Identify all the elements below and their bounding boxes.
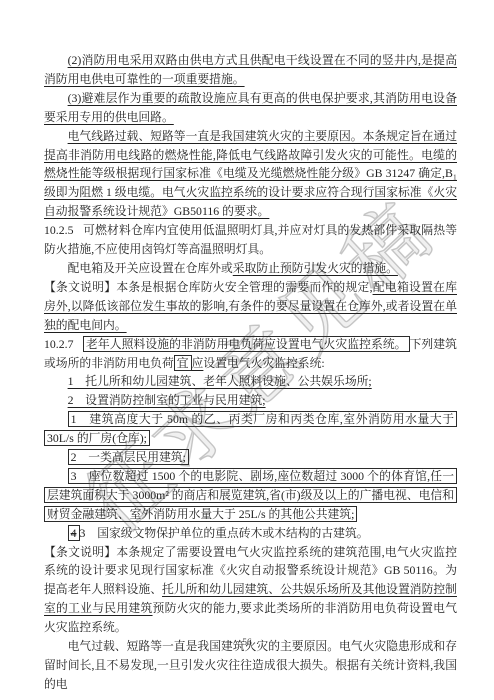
- paragraph-clause-note-10-2-5: 【条文说明】本条是根据仓库防火安全管理的需要而作的规定,配电箱设置在库房外,以降…: [44, 278, 457, 335]
- list-text: 国家级文物保护单位的重点砖木或木结构的古建筑。: [85, 526, 368, 540]
- deleted-list-item-2: 2 一类高层民用建筑;: [44, 448, 457, 467]
- revision-underline-text: 2 设置消防控制室的工业与民用建筑;: [68, 393, 266, 407]
- plain-text: 设置电气火灾监控系统:: [203, 356, 324, 370]
- boxed-revision-text: 老年人照料设施的非消防用电负荷应设置电气火灾监控系统。: [83, 336, 410, 352]
- deleted-list-item-3: 3 座位数超过 1500 个的电影院、剧场,座位数超过 3000 个的体育馆,任…: [44, 467, 457, 524]
- list-item-renumbered: 43 国家级文物保护单位的重点砖木或木结构的古建筑。: [44, 524, 457, 543]
- boxed-revision-text: 2 一类高层民用建筑;: [68, 449, 189, 465]
- deleted-list-item-1: 1 建筑高度大于 50m 的乙、丙类厂房和丙类仓库,室外消防用水量大于 30L/…: [44, 410, 457, 448]
- document-content: (2)消防用电采用双路由供电方式且供配电干线设置在不同的竖井内,是提高消防用电供…: [44, 51, 457, 694]
- clause-number: 10.2.5: [44, 223, 74, 237]
- boxed-deleted-number: 4: [68, 525, 80, 541]
- inserted-char: 应: [192, 356, 204, 370]
- paragraph-item-3: (3)避难层作为重要的疏散设施应具有更高的供电保护要求,其消防用电设备要采用专用…: [44, 89, 457, 127]
- revision-underline-text: 电气线路过载、短路等一直是我国建筑火灾的主要原因。本条规定旨在通过提高非消防用电…: [44, 129, 457, 219]
- boxed-revision-text: 1 建筑高度大于 50m 的乙、丙类厂房和丙类仓库,室外消防用水量大于 30L/…: [44, 411, 457, 446]
- clause-number: 10.2.7: [44, 337, 74, 351]
- paragraph-clause-note-10-2-7: 【条文说明】本条规定了需要设置电气火灾监控系统的建筑范围,电气火灾监控系统的设计…: [44, 543, 457, 638]
- boxed-deleted-char: 宜: [174, 355, 192, 371]
- boxed-revision-text: 3 座位数超过 1500 个的电影院、剧场,座位数超过 3000 个的体育馆,任…: [44, 468, 457, 522]
- document-page: 征求意见稿 (2)消防用电采用双路由供电方式且供配电干线设置在不同的竖井内,是提…: [0, 0, 494, 700]
- clause-10-2-5: 10.2.5可燃材料仓库内宜使用低温照明灯具,并应对灯具的发热部件采取隔热等防火…: [44, 221, 457, 259]
- revision-underline-text: 采取防止预防引发火灾的措施。: [233, 261, 398, 275]
- revision-underline-text: (3)避难层作为重要的疏散设施应具有更高的供电保护要求,其消防用电设备要采用专用…: [44, 91, 457, 124]
- plain-text: 配电箱及开关应设置在仓库外或: [68, 261, 233, 275]
- revision-underline-text: 1 托儿所和幼儿园建筑、老年人照料设施、公共娱乐场所;: [68, 374, 372, 388]
- page-number: 56: [0, 638, 494, 648]
- list-item-1: 1 托儿所和幼儿园建筑、老年人照料设施、公共娱乐场所;: [44, 372, 457, 391]
- clause-text: 可燃材料仓库内宜使用低温照明灯具,并应对灯具的发热部件采取隔热等防火措施,不应使…: [44, 223, 457, 256]
- list-item-2: 2 设置消防控制室的工业与民用建筑;: [44, 391, 457, 410]
- paragraph-item-2: (2)消防用电采用双路由供电方式且供配电干线设置在不同的竖井内,是提高消防用电供…: [44, 51, 457, 89]
- paragraph-explanation-wiring: 电气线路过载、短路等一直是我国建筑火灾的主要原因。本条规定旨在通过提高非消防用电…: [44, 127, 457, 222]
- paragraph-distribution-box: 配电箱及开关应设置在仓库外或采取防止预防引发火灾的措施。: [44, 259, 457, 278]
- revision-underline-text: (2)消防用电采用双路由供电方式且供配电干线设置在不同的竖井内,是提高消防用电供…: [44, 53, 457, 86]
- plain-text: 【条文说明】本条是根据仓库防火安全管理的需要而作的规定,: [44, 280, 373, 294]
- clause-10-2-7: 10.2.7老年人照料设施的非消防用电负荷应设置电气火灾监控系统。下列建筑或场所…: [44, 335, 457, 373]
